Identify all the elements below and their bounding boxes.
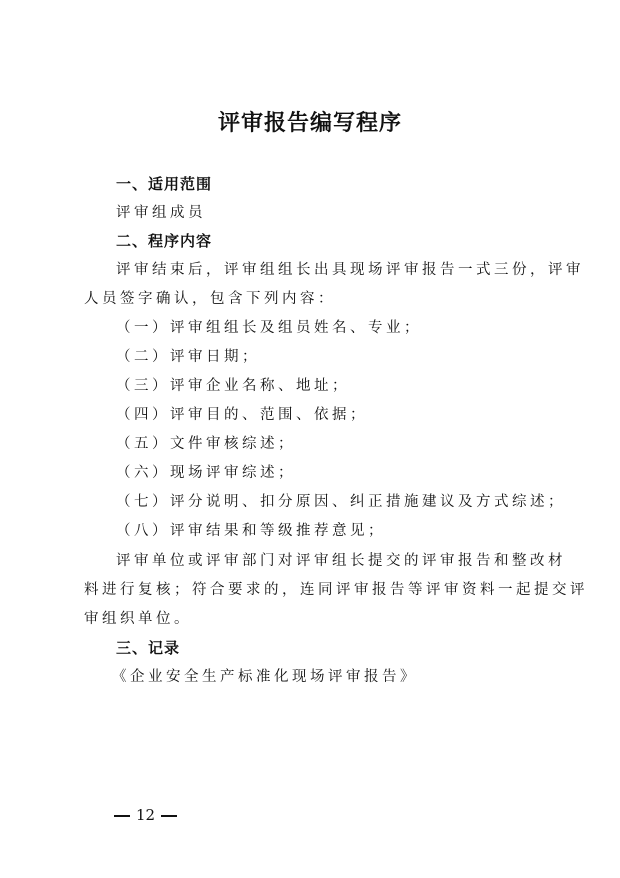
procedure-paragraph-line: 人员签字确认，包含下列内容： bbox=[84, 289, 336, 309]
section-heading-scope: 一、适用范围 bbox=[116, 174, 212, 194]
review-paragraph-line: 评审单位或评审部门对评审组长提交的评审报告和整改材 bbox=[116, 551, 566, 571]
dash-decoration bbox=[114, 815, 130, 817]
list-item: （四）评审目的、范围、依据； bbox=[116, 405, 368, 425]
section-heading-records: 三、记录 bbox=[116, 638, 180, 658]
procedure-paragraph-line: 评审结束后，评审组组长出具现场评审报告一式三份，评审 bbox=[116, 260, 584, 280]
review-paragraph-line: 审组织单位。 bbox=[84, 609, 192, 629]
list-item: （八）评审结果和等级推荐意见； bbox=[116, 521, 386, 541]
scope-text: 评审组成员 bbox=[116, 203, 206, 223]
list-item: （五）文件审核综述； bbox=[116, 434, 296, 454]
section-heading-procedure: 二、程序内容 bbox=[116, 231, 212, 251]
list-item: （三）评审企业名称、地址； bbox=[116, 376, 350, 396]
document-title: 评审报告编写程序 bbox=[0, 106, 620, 137]
list-item: （六）现场评审综述； bbox=[116, 463, 296, 483]
dash-decoration bbox=[161, 815, 177, 817]
page-number: 12 bbox=[108, 806, 183, 824]
page-number-value: 12 bbox=[136, 806, 155, 824]
review-paragraph-line: 料进行复核；符合要求的，连同评审报告等评审资料一起提交评 bbox=[84, 580, 588, 600]
records-text: 《企业安全生产标准化现场评审报告》 bbox=[112, 667, 418, 687]
list-item: （一）评审组组长及组员姓名、专业； bbox=[116, 318, 422, 338]
list-item: （二）评审日期； bbox=[116, 347, 260, 367]
list-item: （七）评分说明、扣分原因、纠正措施建议及方式综述； bbox=[116, 492, 566, 512]
